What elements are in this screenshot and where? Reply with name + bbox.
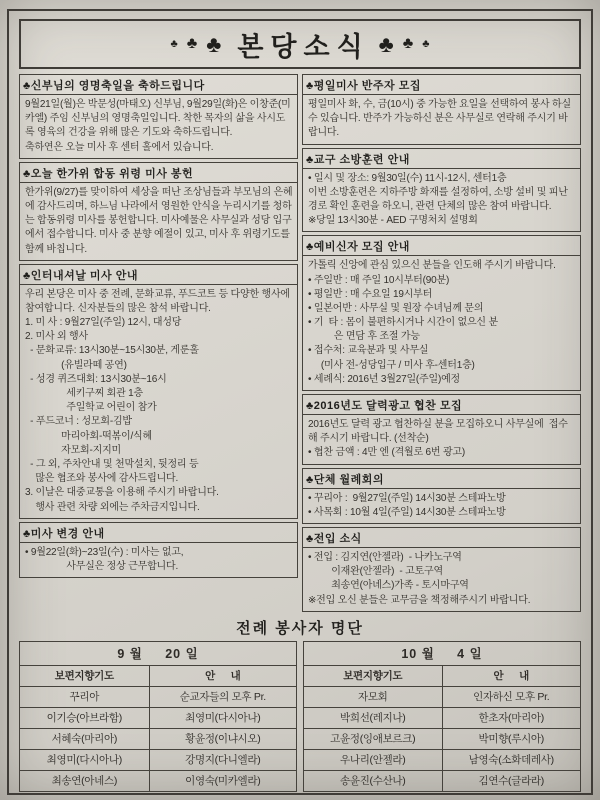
club-icon: ♣ — [206, 33, 221, 56]
table-row: 우나리(안젤라) 남영숙(소화데레사) — [304, 749, 581, 770]
section-body: • 일시 및 장소: 9월30일(수) 11시-12시, 센터1층 이번 소방훈… — [303, 169, 580, 232]
section-new-members: ♣전입 소식 • 전입 : 김지연(안젤라) - 나카노구역 이재완(안젤라) … — [302, 527, 581, 612]
roster-date: 9 월 20 일 — [20, 641, 297, 665]
section-mass-change-notice: ♣미사 변경 안내 • 9월22일(화)~23일(수) : 미사는 없고, 사무… — [19, 522, 298, 578]
section-heading: ♣미사 변경 안내 — [20, 523, 297, 543]
club-icon: ♣ — [403, 36, 414, 52]
content-columns: ♣신부님의 영명축일을 축하드립니다 9월21일(월)은 박문성(마태오) 신부… — [19, 74, 581, 615]
section-heading: ♣신부님의 영명축일을 축하드립니다 — [20, 75, 297, 95]
volunteer-name: 송윤진(수산나) — [304, 770, 443, 791]
liturgy-volunteer-roster: 9 월 20 일 보편지향기도 안 내 꾸리아 순교자들의 모후 Pr. 이기승… — [19, 641, 581, 792]
volunteer-name: 박미향(루시아) — [442, 728, 581, 749]
page-title: 본당소식 — [230, 25, 369, 64]
section-heading: ♣예비신자 모집 안내 — [303, 236, 580, 256]
table-row: 보편지향기도 안 내 — [304, 665, 581, 686]
group-cell: 순교자들의 모후 Pr. — [149, 686, 296, 707]
section-body: 2016년도 달력 광고 협찬하실 분을 모집하오니 사무실에 접수해 주시기 … — [303, 415, 580, 464]
volunteer-name: 김연수(글라라) — [442, 770, 581, 791]
section-fire-drill: ♣교구 소방훈련 안내 • 일시 및 장소: 9월30일(수) 11시-12시,… — [302, 148, 581, 233]
section-heading: ♣2016년도 달력광고 협찬 모집 — [303, 395, 580, 415]
section-body: 평일미사 화, 수, 금(10시) 중 가능한 요일을 선택하여 봉사 하실 수… — [303, 95, 580, 144]
volunteer-name: 이기승(아브라함) — [20, 707, 150, 728]
volunteer-name: 남영숙(소화데레사) — [442, 749, 581, 770]
section-international-mass: ♣인터내셔날 미사 안내 우리 본당은 미사 중 전례, 문화교류, 푸드코트 … — [19, 264, 298, 519]
group-cell: 인자하신 모후 Pr. — [442, 686, 581, 707]
volunteer-name: 최송연(아네스) — [20, 770, 150, 791]
volunteer-name: 최영미(다시아나) — [20, 749, 150, 770]
roster-table-oct4: 10 월 4 일 보편지향기도 안 내 자모회 인자하신 모후 Pr. 박희선(… — [303, 641, 581, 792]
volunteer-name: 황윤정(이냐시오) — [149, 728, 296, 749]
section-heading: ♣전입 소식 — [303, 528, 580, 548]
club-icon: ♣ — [379, 33, 394, 56]
table-row: 9 월 20 일 — [20, 641, 297, 665]
volunteer-name: 강명지(다니엘라) — [149, 749, 296, 770]
left-column: ♣신부님의 영명축일을 축하드립니다 9월21일(월)은 박문성(마태오) 신부… — [19, 74, 298, 581]
section-heading: ♣단체 월례회의 — [303, 469, 580, 489]
section-weekday-accompanist: ♣평일미사 반주자 모집 평일미사 화, 수, 금(10시) 중 가능한 요일을… — [302, 74, 581, 145]
section-body: 가톨릭 신앙에 관심 있으신 분들을 인도해 주시기 바랍니다. • 주일반 :… — [303, 256, 580, 390]
table-row: 최영미(다시아나) 강명지(다니엘라) — [20, 749, 297, 770]
volunteer-name: 서혜숙(마리아) — [20, 728, 150, 749]
section-body: • 꾸리아 : 9월27일(주일) 14시30분 스테파노방 • 사목회 : 1… — [303, 489, 580, 523]
table-row: 고윤정(잉애보르크) 박미향(루시아) — [304, 728, 581, 749]
volunteer-name: 한초자(마리아) — [442, 707, 581, 728]
group-cell: 꾸리아 — [20, 686, 150, 707]
section-body: • 전입 : 김지연(안젤라) - 나카노구역 이재완(안젤라) - 고토구역 … — [303, 548, 580, 611]
table-row: 자모회 인자하신 모후 Pr. — [304, 686, 581, 707]
section-heading: ♣인터내셔날 미사 안내 — [20, 265, 297, 285]
table-row: 이기승(아브라함) 최영미(다시아나) — [20, 707, 297, 728]
table-row: 서혜숙(마리아) 황윤정(이냐시오) — [20, 728, 297, 749]
roster-title: 전례 봉사자 명단 — [19, 617, 581, 638]
table-row: 10 월 4 일 — [304, 641, 581, 665]
volunteer-name: 이영숙(미카엘라) — [149, 770, 296, 791]
section-body: • 9월22일(화)~23일(수) : 미사는 없고, 사무실은 정상 근무합니… — [20, 543, 297, 577]
column-header: 보편지향기도 — [20, 665, 150, 686]
table-row: 최송연(아네스) 이영숙(미카엘라) — [20, 770, 297, 791]
table-row: 송윤진(수산나) 김연수(글라라) — [304, 770, 581, 791]
table-row: 보편지향기도 안 내 — [20, 665, 297, 686]
column-header: 안 내 — [149, 665, 296, 686]
column-header: 안 내 — [442, 665, 581, 686]
club-icon: ♣ — [422, 39, 429, 50]
page-frame: ♣ ♣ ♣ 본당소식 ♣ ♣ ♣ ♣신부님의 영명축일을 축하드립니다 9월21… — [7, 9, 593, 795]
volunteer-name: 우나리(안젤라) — [304, 749, 443, 770]
section-heading: ♣평일미사 반주자 모집 — [303, 75, 580, 95]
roster-date: 10 월 4 일 — [304, 641, 581, 665]
section-priest-feast-day: ♣신부님의 영명축일을 축하드립니다 9월21일(월)은 박문성(마태오) 신부… — [19, 74, 298, 159]
roster-table-sep20: 9 월 20 일 보편지향기도 안 내 꾸리아 순교자들의 모후 Pr. 이기승… — [19, 641, 297, 792]
right-column: ♣평일미사 반주자 모집 평일미사 화, 수, 금(10시) 중 가능한 요일을… — [302, 74, 581, 615]
section-monthly-meetings: ♣단체 월례회의 • 꾸리아 : 9월27일(주일) 14시30분 스테파노방 … — [302, 468, 581, 524]
bulletin-photo: ♣ ♣ ♣ 본당소식 ♣ ♣ ♣ ♣신부님의 영명축일을 축하드립니다 9월21… — [0, 0, 600, 800]
volunteer-name: 고윤정(잉애보르크) — [304, 728, 443, 749]
column-header: 보편지향기도 — [304, 665, 443, 686]
section-body: 한가위(9/27)를 맞이하여 세상을 떠난 조상님들과 부모님의 은혜에 감사… — [20, 183, 297, 260]
section-heading: ♣교구 소방훈련 안내 — [303, 149, 580, 169]
group-cell: 자모회 — [304, 686, 443, 707]
section-body: 9월21일(월)은 박문성(마태오) 신부님, 9월29일(화)은 이창준(미카… — [20, 95, 297, 158]
table-row: 꾸리아 순교자들의 모후 Pr. — [20, 686, 297, 707]
section-heading: ♣오늘 한가위 합동 위령 미사 봉헌 — [20, 163, 297, 183]
section-catechumen-recruit: ♣예비신자 모집 안내 가톨릭 신앙에 관심 있으신 분들을 인도해 주시기 바… — [302, 235, 581, 391]
club-icon: ♣ — [187, 36, 198, 52]
volunteer-name: 박희선(레지나) — [304, 707, 443, 728]
section-body: 우리 본당은 미사 중 전례, 문화교류, 푸드코트 등 다양한 행사에 참여합… — [20, 285, 297, 518]
table-row: 박희선(레지나) 한초자(마리아) — [304, 707, 581, 728]
bulletin-title-box: ♣ ♣ ♣ 본당소식 ♣ ♣ ♣ — [19, 19, 581, 69]
club-icon: ♣ — [171, 39, 178, 50]
section-calendar-ads: ♣2016년도 달력광고 협찬 모집 2016년도 달력 광고 협찬하실 분을 … — [302, 394, 581, 465]
volunteer-name: 최영미(다시아나) — [149, 707, 296, 728]
section-chuseok-memorial-mass: ♣오늘 한가위 합동 위령 미사 봉헌 한가위(9/27)를 맞이하여 세상을 … — [19, 162, 298, 261]
